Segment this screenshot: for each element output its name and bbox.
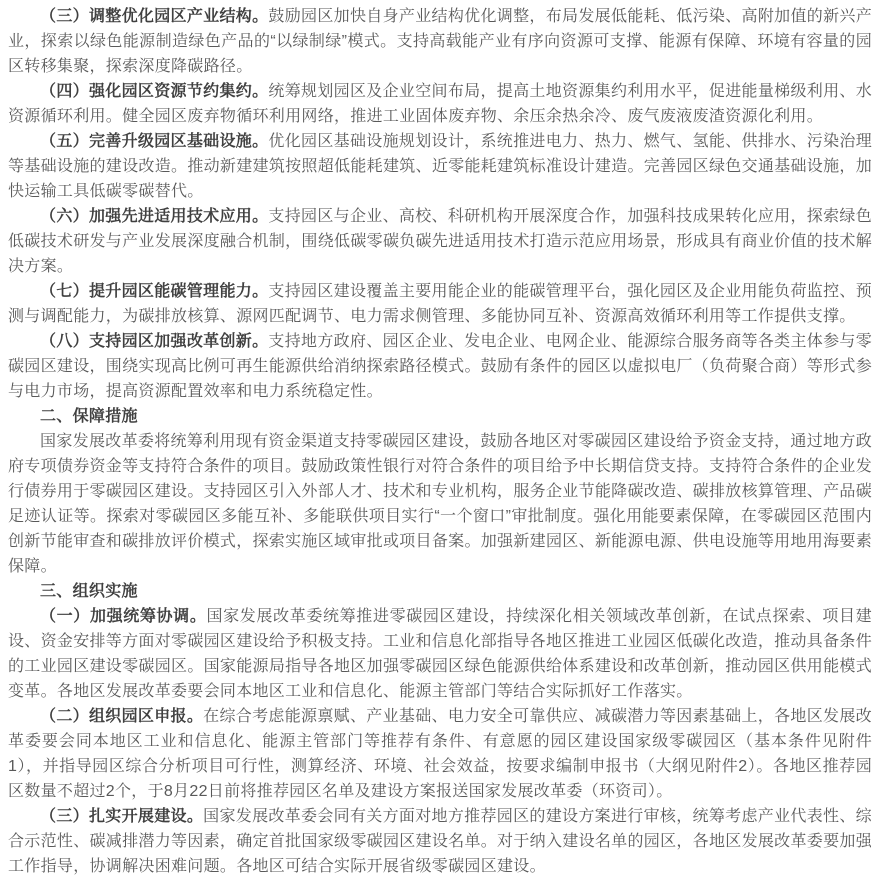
document-page: （三）调整优化园区产业结构。鼓励园区加快自身产业结构优化调整，布局发展低能耗、低…	[0, 0, 880, 879]
paragraph: （二）组织园区申报。在综合考虑能源禀赋、产业基础、电力安全可靠供应、减碳潜力等因…	[8, 704, 872, 804]
paragraph: 国家发展改革委将统筹利用现有资金渠道支持零碳园区建设，鼓励各地区对零碳园区建设给…	[8, 429, 872, 579]
paragraph-lead: （五）完善升级园区基础设施。	[40, 133, 268, 150]
section-heading: 三、组织实施	[8, 579, 872, 604]
paragraph-lead: （一）加强统筹协调。	[40, 608, 206, 625]
paragraph: （三）扎实开展建设。国家发展改革委会同有关方面对地方推荐园区的建设方案进行审核，…	[8, 804, 872, 879]
paragraph-lead: （六）加强先进适用技术应用。	[40, 208, 268, 225]
paragraph-lead: （八）支持园区加强改革创新。	[40, 333, 268, 350]
paragraph-lead: （二）组织园区申报。	[40, 708, 203, 725]
paragraph: （一）加强统筹协调。国家发展改革委统筹推进零碳园区建设，持续深化相关领域改革创新…	[8, 604, 872, 704]
paragraph: （四）强化园区资源节约集约。统筹规划园区及企业空间布局，提高土地资源集约利用水平…	[8, 79, 872, 129]
paragraph: （七）提升园区能碳管理能力。支持园区建设覆盖主要用能企业的能碳管理平台，强化园区…	[8, 279, 872, 329]
paragraph: （五）完善升级园区基础设施。优化园区基础设施规划设计，系统推进电力、热力、燃气、…	[8, 129, 872, 204]
paragraph-lead: （四）强化园区资源节约集约。	[40, 83, 268, 100]
paragraph: （三）调整优化园区产业结构。鼓励园区加快自身产业结构优化调整，布局发展低能耗、低…	[8, 4, 872, 79]
paragraph: （八）支持园区加强改革创新。支持地方政府、园区企业、发电企业、电网企业、能源综合…	[8, 329, 872, 404]
paragraph-lead: （三）扎实开展建设。	[40, 808, 203, 825]
section-heading: 二、保障措施	[8, 404, 872, 429]
paragraph: （六）加强先进适用技术应用。支持园区与企业、高校、科研机构开展深度合作，加强科技…	[8, 204, 872, 279]
paragraph-lead: （七）提升园区能碳管理能力。	[40, 283, 268, 300]
document-body: （三）调整优化园区产业结构。鼓励园区加快自身产业结构优化调整，布局发展低能耗、低…	[0, 0, 880, 879]
paragraph-lead: （三）调整优化园区产业结构。	[40, 8, 268, 25]
